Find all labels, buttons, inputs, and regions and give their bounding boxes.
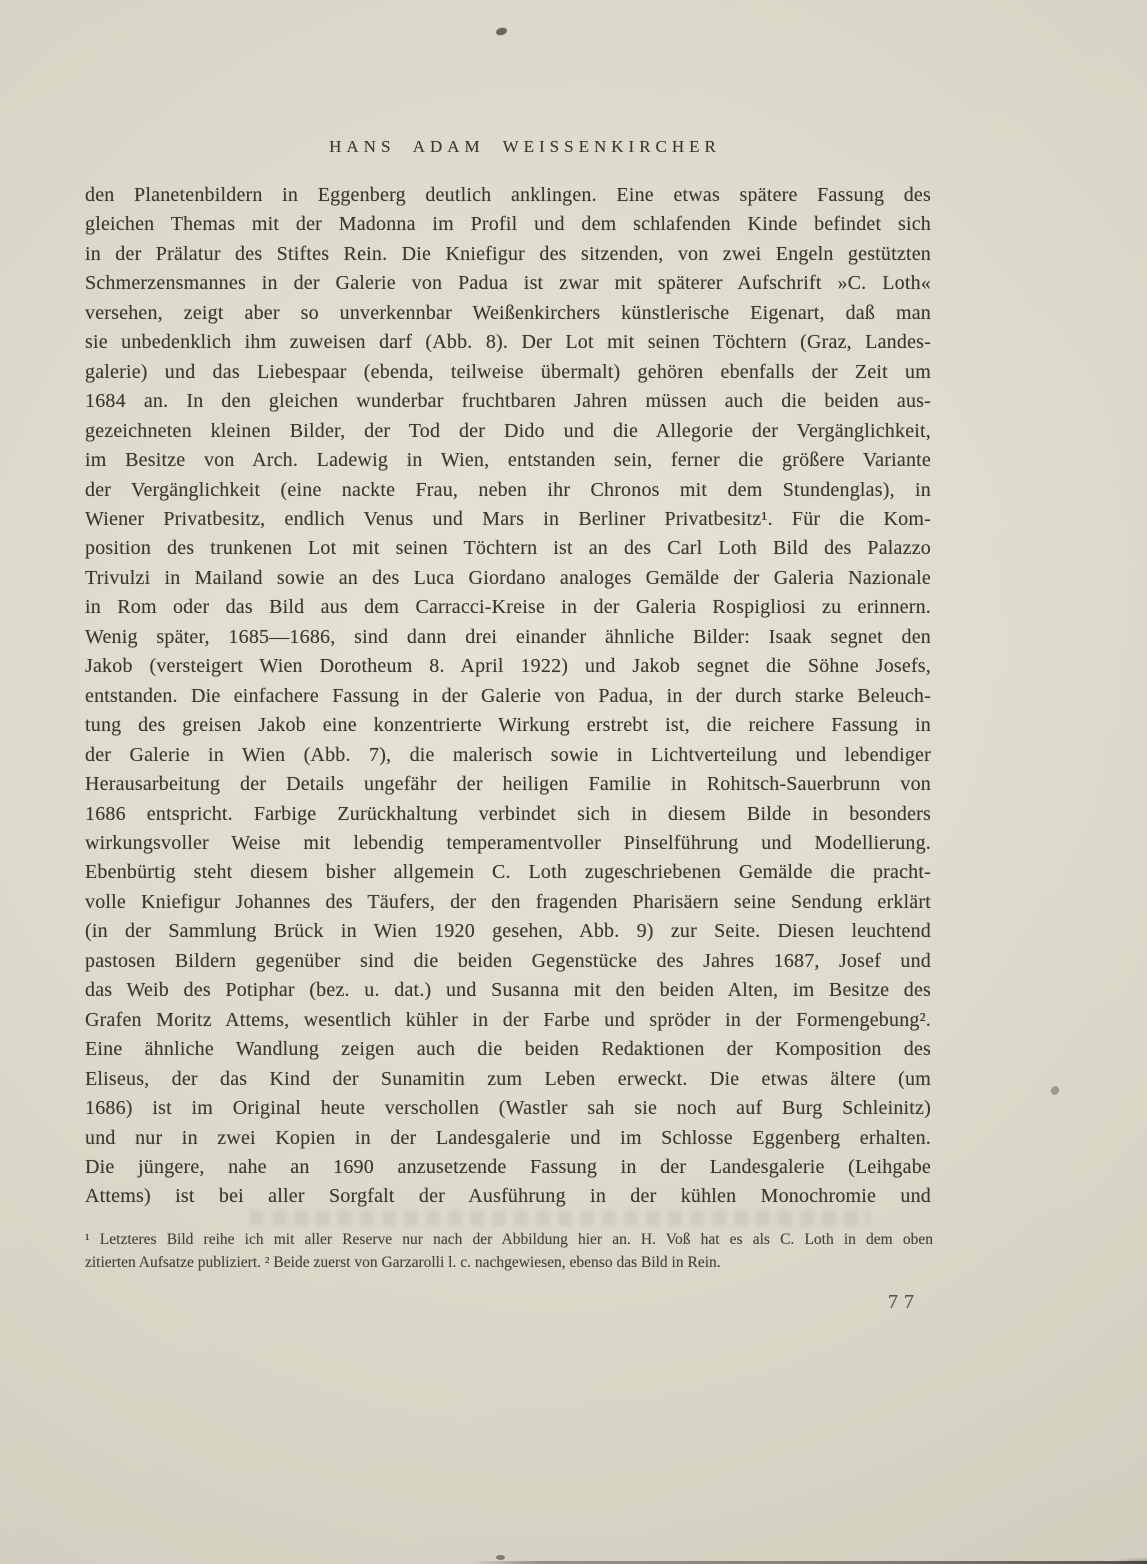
text-line: Jakob (versteigert Wien Dorotheum 8. Apr…: [85, 652, 931, 681]
text-line: Die jüngere, nahe an 1690 anzusetzende F…: [85, 1153, 931, 1182]
text-line: 1686 entspricht. Farbige Zurückhaltung v…: [85, 800, 931, 829]
text-line: gleichen Themas mit der Madonna im Profi…: [85, 210, 931, 239]
text-line: sie unbedenklich ihm zuweisen darf (Abb.…: [85, 328, 931, 357]
text-line: 1684 an. In den gleichen wunderbar fruch…: [85, 387, 931, 416]
page-header: HANS ADAM WEISSENKIRCHER: [102, 137, 948, 157]
text-line: der Galerie in Wien (Abb. 7), die maleri…: [85, 741, 931, 770]
text-line: pastosen Bildern gegenüber sind die beid…: [85, 947, 931, 976]
text-line: Trivulzi in Mailand sowie an des Luca Gi…: [85, 564, 931, 593]
show-through-artifact: [250, 1210, 870, 1226]
text-line: Attems) ist bei aller Sorgfalt der Ausfü…: [85, 1182, 931, 1211]
text-line: Grafen Moritz Attems, wesentlich kühler …: [85, 1006, 931, 1035]
text-line: und nur in zwei Kopien in der Landesgale…: [85, 1124, 931, 1153]
ink-speck-right: [1049, 1085, 1061, 1097]
text-line: das Weib des Potiphar (bez. u. dat.) und…: [85, 976, 931, 1005]
text-line: gezeichneten kleinen Bilder, der Tod der…: [85, 417, 931, 446]
text-line: galerie) und das Liebespaar (ebenda, tei…: [85, 358, 931, 387]
text-line: 1686) ist im Original heute verschollen …: [85, 1094, 931, 1123]
book-page-scan: HANS ADAM WEISSENKIRCHER den Planetenbil…: [0, 0, 1147, 1564]
footnote-line: zitierten Aufsatze publiziert. ² Beide z…: [85, 1252, 933, 1275]
text-line: Ebenbürtig steht diesem bisher allgemein…: [85, 858, 931, 887]
text-line: Wenig später, 1685—1686, sind dann drei …: [85, 623, 931, 652]
text-line: wirkungsvoller Weise mit lebendig temper…: [85, 829, 931, 858]
text-line: entstanden. Die einfachere Fassung in de…: [85, 682, 931, 711]
text-line: im Besitze von Arch. Ladewig in Wien, en…: [85, 446, 931, 475]
footnote-line: ¹ Letzteres Bild reihe ich mit aller Res…: [85, 1229, 933, 1252]
text-line: Herausarbeitung der Details ungefähr der…: [85, 770, 931, 799]
text-line: Schmerzensmannes in der Galerie von Padu…: [85, 269, 931, 298]
text-line: volle Kniefigur Johannes des Täufers, de…: [85, 888, 931, 917]
footnotes-block: ¹ Letzteres Bild reihe ich mit aller Res…: [85, 1229, 933, 1274]
text-line: in der Prälatur des Stiftes Rein. Die Kn…: [85, 240, 931, 269]
text-line: Eine ähnliche Wandlung zeigen auch die b…: [85, 1035, 931, 1064]
text-line: position des trunkenen Lot mit seinen Tö…: [85, 534, 931, 563]
ink-speck-bottom: [496, 1555, 505, 1560]
text-line: der Vergänglichkeit (eine nackte Frau, n…: [85, 476, 931, 505]
text-line: tung des greisen Jakob eine konzentriert…: [85, 711, 931, 740]
text-line: versehen, zeigt aber so unverkennbar Wei…: [85, 299, 931, 328]
text-line: (in der Sammlung Brück in Wien 1920 gese…: [85, 917, 931, 946]
text-line: in Rom oder das Bild aus dem Carracci-Kr…: [85, 593, 931, 622]
page-number: 77: [888, 1291, 920, 1314]
ink-speck-top: [495, 27, 507, 37]
corner-smudge: [1107, 1557, 1147, 1564]
text-line: Wiener Privatbesitz, endlich Venus und M…: [85, 505, 931, 534]
text-line: Eliseus, der das Kind der Sunamitin zum …: [85, 1065, 931, 1094]
text-line: den Planetenbildern in Eggenberg deutlic…: [85, 181, 931, 210]
body-text-block: den Planetenbildern in Eggenberg deutlic…: [85, 181, 931, 1212]
